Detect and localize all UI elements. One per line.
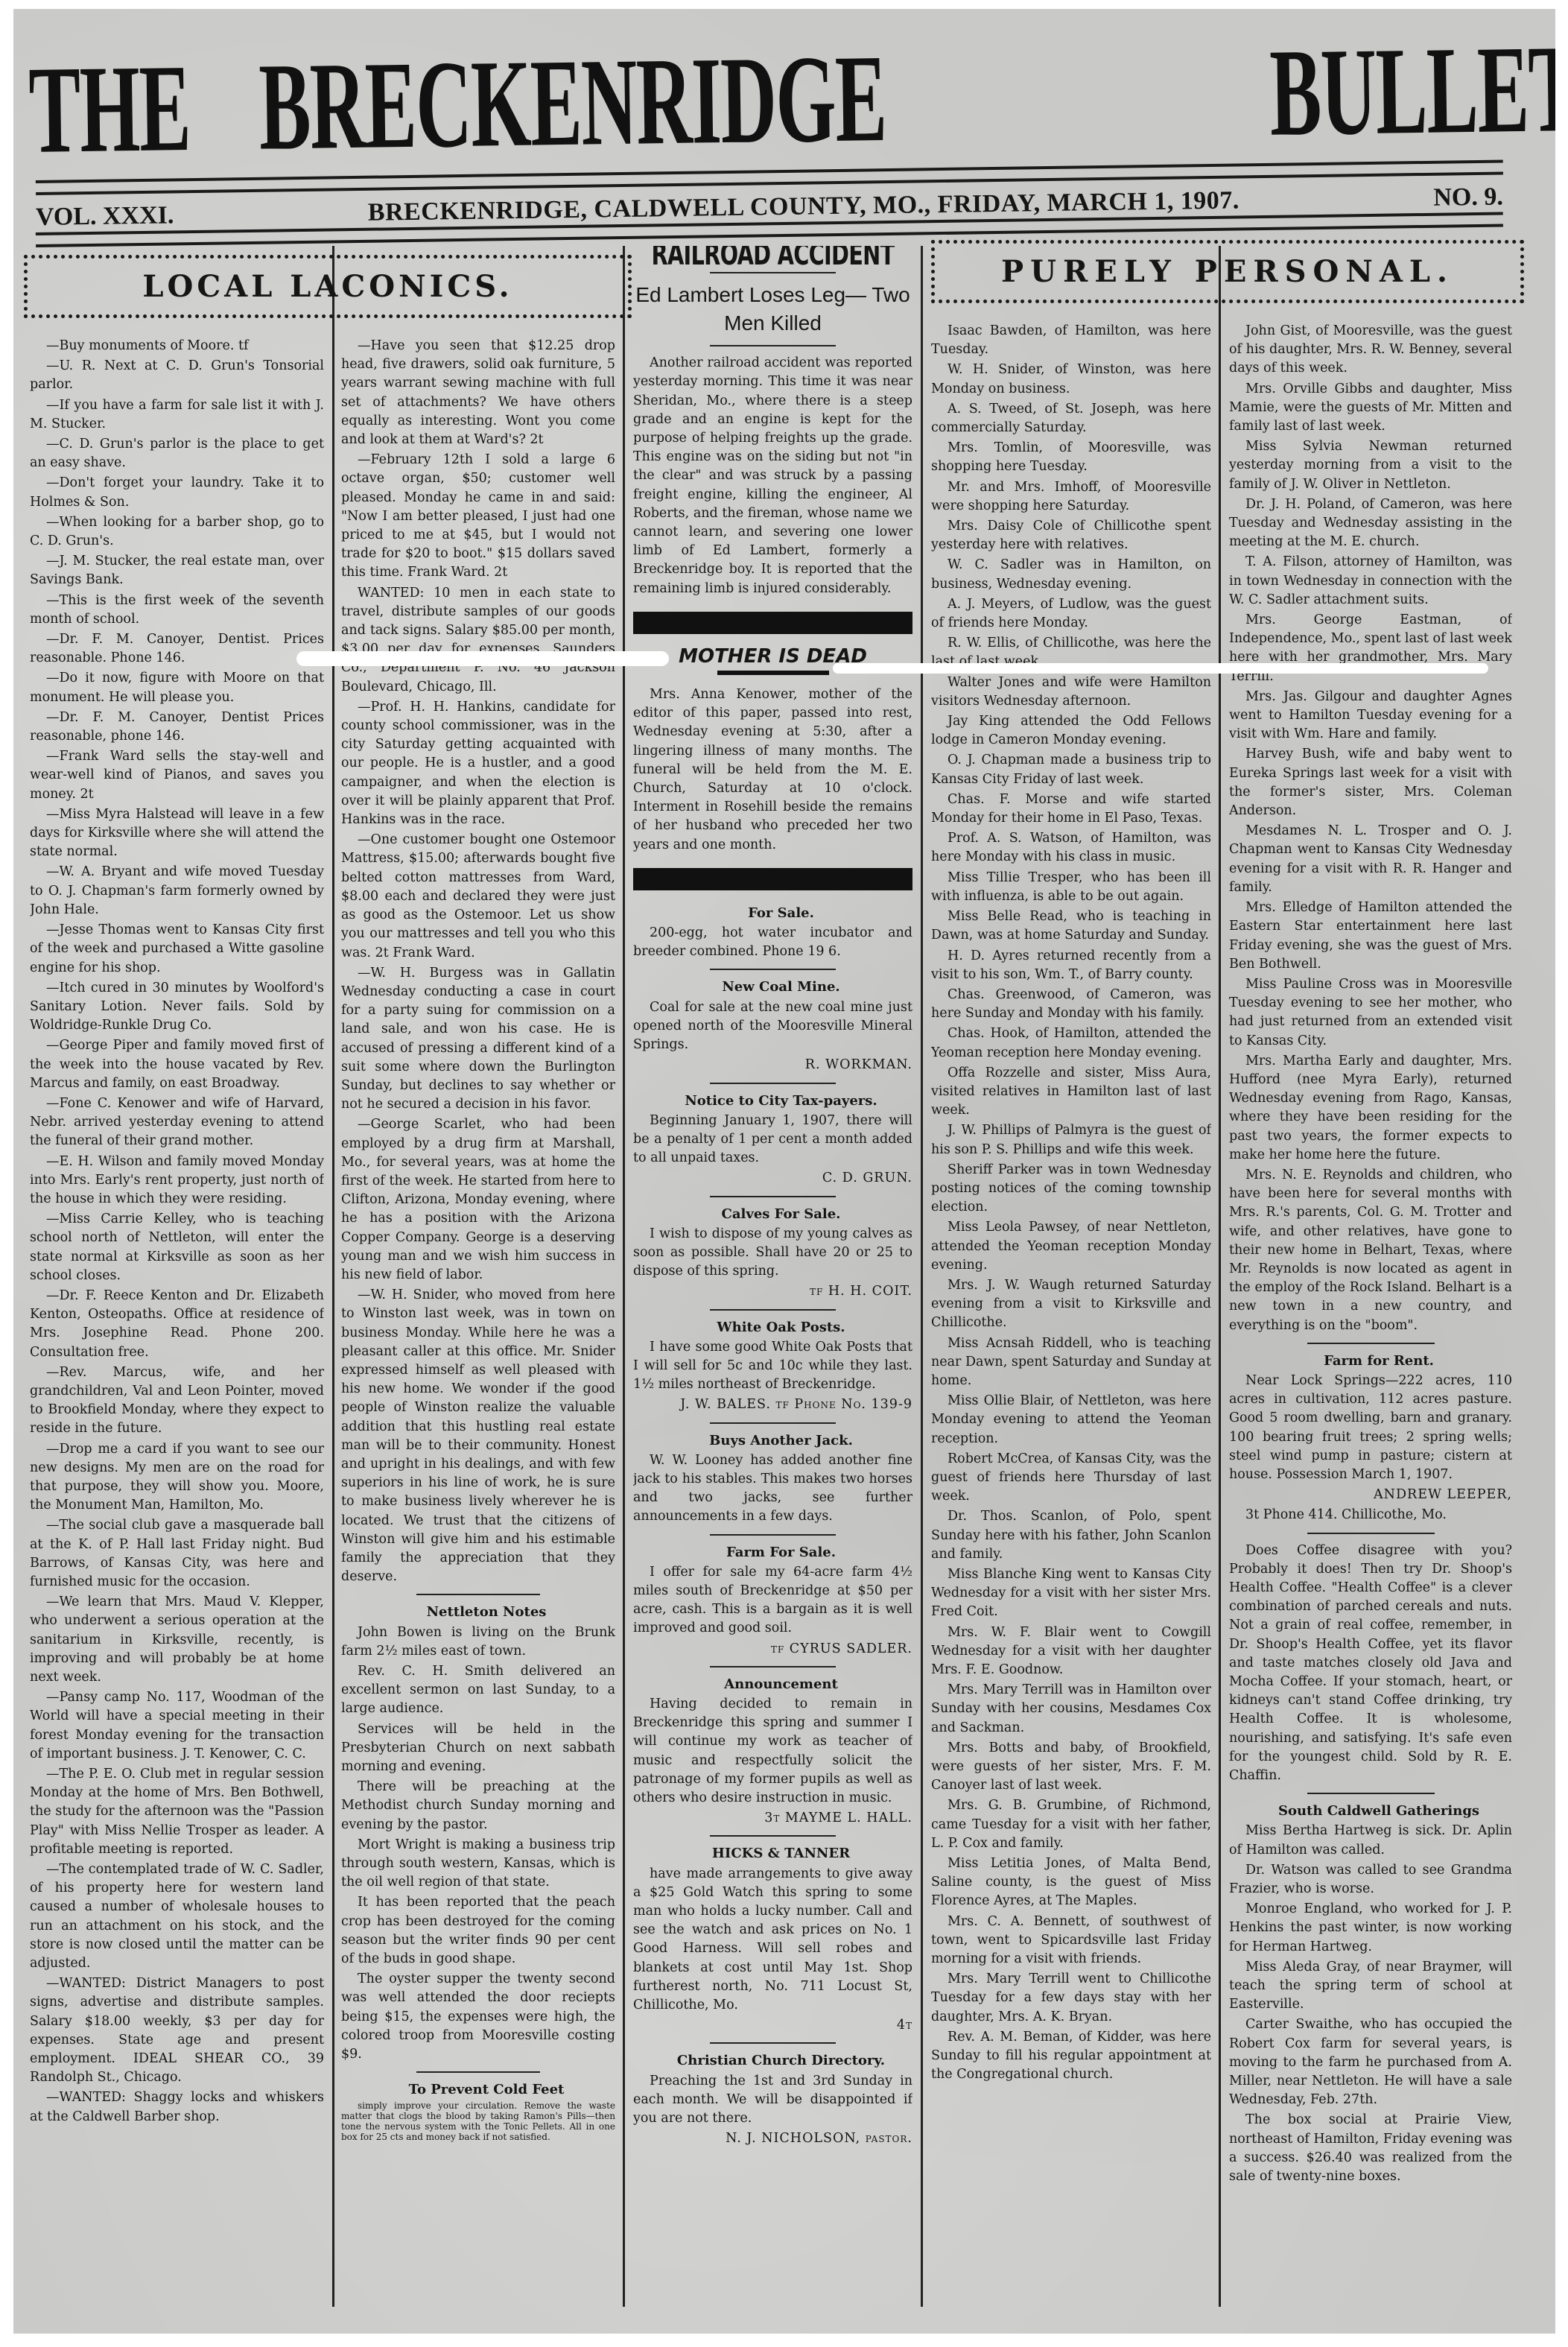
news-item: The oyster supper the twenty second was … (341, 1970, 615, 2064)
mother-is-dead-body: Mrs. Anna Kenower, mother of the editor … (633, 685, 912, 855)
news-item: —U. R. Next at C. D. Grun's Tonsorial pa… (30, 357, 324, 394)
column-divider (921, 246, 923, 2307)
news-item: —Do it now, figure with Moore on that mo… (30, 669, 324, 706)
personal-item: Mrs. C. A. Bennett, of southwest of town… (931, 1913, 1211, 1969)
south-caldwell-heading: South Caldwell Gatherings (1229, 1802, 1512, 1820)
news-item: —Itch cured in 30 minutes by Woolford's … (30, 979, 324, 1036)
personal-item: Robert McCrea, of Kansas City, was the g… (931, 1450, 1211, 1507)
news-item: Carter Swaithe, who has occupied the Rob… (1229, 2015, 1512, 2109)
personal-item: Mrs. Tomlin, of Mooresville, was shoppin… (931, 439, 1211, 476)
personal-item: Sheriff Parker was in town Wednesday pos… (931, 1161, 1211, 1217)
personal-item: Mrs. Mary Terrill was in Hamilton over S… (931, 1681, 1211, 1738)
news-item: —J. M. Stucker, the real estate man, ove… (30, 552, 324, 589)
personal-item: Mrs. J. W. Waugh returned Saturday eveni… (931, 1276, 1211, 1333)
classified-body: W. W. Looney has added another fine jack… (633, 1451, 912, 1527)
classified-heading: Buys Another Jack. (633, 1431, 912, 1450)
classified-heading: New Coal Mine. (633, 978, 912, 996)
purely-personal-column-2: John Gist, of Mooresville, was the guest… (1229, 322, 1512, 2311)
personal-item: Mrs. Jas. Gilgour and daughter Agnes wen… (1229, 688, 1512, 744)
personal-item: Mrs. Martha Early and daughter, Mrs. Huf… (1229, 1052, 1512, 1165)
news-item: —Dr. F. Reece Kenton and Dr. Elizabeth K… (30, 1287, 324, 1362)
personal-item: John Gist, of Mooresville, was the guest… (1229, 322, 1512, 379)
classified-signature: R. WORKMAN. (633, 1056, 912, 1074)
section-rule (416, 2071, 540, 2073)
personal-item: Chas. Hook, of Hamilton, attended the Ye… (931, 1024, 1211, 1062)
paper-tear (296, 651, 669, 666)
classified-heading: Christian Church Directory. (633, 2051, 912, 2070)
news-item: —We learn that Mrs. Maud V. Klepper, who… (30, 1593, 324, 1687)
classified-body: I offer for sale my 64-acre farm 4½ mile… (633, 1563, 912, 1638)
news-item: Miss Aleda Gray, of near Braymer, will t… (1229, 1958, 1512, 2015)
news-item: Miss Bertha Hartweg is sick. Dr. Aplin o… (1229, 1822, 1512, 1859)
classified-signature: J. W. BALES. tf Phone No. 139-9 (633, 1396, 912, 1414)
personal-item: Prof. A. S. Watson, of Hamilton, was her… (931, 829, 1211, 867)
classified-body: have made arrangements to give away a $2… (633, 1865, 912, 2015)
classified-heading: White Oak Posts. (633, 1318, 912, 1337)
news-item: Services will be held in the Presbyteria… (341, 1720, 615, 1777)
local-laconics-column-2: —Have you seen that $12.25 drop head, fi… (341, 337, 615, 2311)
news-item: —Have you seen that $12.25 drop head, fi… (341, 337, 615, 449)
news-item: —Prof. H. H. Hankins, candidate for coun… (341, 698, 615, 829)
personal-item: Miss Blanche King went to Kansas City We… (931, 1565, 1211, 1622)
personal-item: Mrs. G. B. Grumbine, of Richmond, came T… (931, 1796, 1211, 1853)
farm-for-rent-phone: 3t Phone 414. Chillicothe, Mo. (1229, 1506, 1512, 1524)
classified-signature: tf H. H. COIT. (633, 1282, 912, 1301)
section-rule (710, 1666, 836, 1667)
issue-number: NO. 9. (1433, 183, 1503, 212)
personal-item: W. C. Sadler was in Hamilton, on busines… (931, 556, 1211, 593)
classified-signature: 4t (633, 2016, 912, 2035)
news-item: John Bowen is living on the Brunk farm 2… (341, 1624, 615, 1661)
newspaper-page: THE BRECKENRIDGE BULLETIN VOL. XXXI. BRE… (13, 9, 1555, 2334)
news-item: —Jesse Thomas went to Kansas City first … (30, 921, 324, 978)
personal-item: Walter Jones and wife were Hamilton visi… (931, 674, 1211, 711)
personal-item: Miss Tillie Tresper, who has been ill wi… (931, 869, 1211, 906)
personal-item: Mrs. Orville Gibbs and daughter, Miss Ma… (1229, 380, 1512, 437)
personal-item: Mrs. N. E. Reynolds and children, who ha… (1229, 1166, 1512, 1335)
section-rule (710, 1196, 836, 1197)
news-item: —Frank Ward sells the stay-well and wear… (30, 747, 324, 804)
classified-signature: N. J. NICHOLSON, pastor. (633, 2129, 912, 2148)
news-item: —When looking for a barber shop, go to C… (30, 513, 324, 551)
masthead: THE BRECKENRIDGE BULLETIN (28, 9, 1505, 173)
section-rule (710, 345, 836, 346)
personal-item: Mrs. Mary Terrill went to Chillicothe Tu… (931, 1970, 1211, 2027)
personal-item: Mrs. George Eastman, of Independence, Mo… (1229, 611, 1512, 686)
classified-body: I have some good White Oak Posts that I … (633, 1338, 912, 1395)
news-item: —WANTED: Shaggy locks and whiskers at th… (30, 2088, 324, 2126)
personal-item: Mrs. Botts and baby, of Brookfield, were… (931, 1739, 1211, 1796)
masthead-word-the: THE (28, 45, 191, 173)
purely-personal-heading: PURELY PERSONAL. (931, 240, 1524, 303)
news-item: —Dr. F. M. Canoyer, Dentist. Prices reas… (30, 630, 324, 668)
classified-body: Coal for sale at the new coal mine just … (633, 998, 912, 1055)
section-rule (710, 1534, 836, 1536)
railroad-accident-body: Another railroad accident was reported y… (633, 354, 912, 598)
personal-item: Miss Sylvia Newman returned yesterday mo… (1229, 437, 1512, 494)
farm-for-rent-signature: ANDREW LEEPER, (1229, 1486, 1512, 1504)
section-rule (710, 272, 836, 273)
news-item: —George Scarlet, who had been employed b… (341, 1115, 615, 1285)
classified-heading: HICKS & TANNER (633, 1844, 912, 1863)
personal-item: Mrs. W. F. Blair went to Cowgill Wednesd… (931, 1624, 1211, 1680)
personal-item: Offa Rozzelle and sister, Miss Aura, vis… (931, 1064, 1211, 1121)
section-rule (710, 1835, 836, 1837)
black-mourning-bar (633, 868, 912, 890)
news-item: —Pansy camp No. 117, Woodman of the Worl… (30, 1688, 324, 1764)
news-item: —Rev. Marcus, wife, and her grandchildre… (30, 1363, 324, 1439)
railroad-accident-heading: RAILROAD ACCIDENT (651, 246, 895, 265)
section-rule (416, 1594, 540, 1595)
news-item: —The contemplated trade of W. C. Sadler,… (30, 1860, 324, 1973)
paper-tear (833, 663, 1488, 674)
news-item: Rev. C. H. Smith delivered an excellent … (341, 1662, 615, 1719)
personal-item: J. W. Phillips of Palmyra is the guest o… (931, 1121, 1211, 1159)
personal-item: Harvey Bush, wife and baby went to Eurek… (1229, 745, 1512, 820)
personal-item: Mrs. Daisy Cole of Chillicothe spent yes… (931, 517, 1211, 554)
cold-feet-ad-heading: To Prevent Cold Feet (341, 2080, 615, 2099)
news-item: —Don't forget your laundry. Take it to H… (30, 474, 324, 511)
news-item: —The social club gave a masquerade ball … (30, 1516, 324, 1591)
section-rule (1307, 1343, 1435, 1344)
news-item: —WANTED: District Managers to post signs… (30, 1974, 324, 2087)
personal-item: Rev. A. M. Beman, of Kidder, was here Su… (931, 2028, 1211, 2085)
classified-heading: Calves For Sale. (633, 1205, 912, 1223)
news-item: There will be preaching at the Methodist… (341, 1778, 615, 1834)
farm-for-rent-body: Near Lock Springs—222 acres, 110 acres i… (1229, 1372, 1512, 1484)
farm-for-rent-heading: Farm for Rent. (1229, 1352, 1512, 1370)
coffee-ad: Does Coffee disagree with you? Probably … (1229, 1542, 1512, 1786)
news-item: It has been reported that the peach crop… (341, 1893, 615, 1968)
news-item: —W. H. Burgess was in Gallatin Wednesday… (341, 964, 615, 1115)
purely-personal-column-1: Isaac Bawden, of Hamilton, was here Tues… (931, 322, 1211, 2311)
news-item: Monroe England, who worked for J. P. Hen… (1229, 1900, 1512, 1957)
classified-heading: Farm For Sale. (633, 1543, 912, 1562)
nettleton-notes-heading: Nettleton Notes (341, 1603, 615, 1621)
personal-item: Dr. Thos. Scanlon, of Polo, spent Sunday… (931, 1507, 1211, 1564)
classified-body: I wish to dispose of my young calves as … (633, 1225, 912, 1282)
classified-body: Preaching the 1st and 3rd Sunday in each… (633, 2072, 912, 2129)
personal-item: Miss Letitia Jones, of Malta Bend, Salin… (931, 1855, 1211, 1911)
news-item: —Miss Myra Halstead will leave in a few … (30, 805, 324, 862)
black-mourning-bar (633, 612, 912, 634)
news-item: The box social at Prairie View, northeas… (1229, 2111, 1512, 2186)
masthead-word-breckenridge: BRECKENRIDGE (258, 36, 886, 170)
railroad-accident-subheading: Ed Lambert Loses Leg— Two Men Killed (633, 281, 912, 338)
cold-feet-ad-body: simply improve your circulation. Remove … (341, 2100, 615, 2142)
news-item: —W. H. Snider, who moved from here to Wi… (341, 1286, 615, 1586)
personal-item: Miss Ollie Blair, of Nettleton, was here… (931, 1392, 1211, 1448)
news-item: —George Piper and family moved first of … (30, 1036, 324, 1093)
classified-heading: For Sale. (633, 904, 912, 922)
local-laconics-heading: LOCAL LACONICS. (24, 255, 632, 318)
personal-item: A. S. Tweed, of St. Joseph, was here com… (931, 400, 1211, 437)
news-item: —C. D. Grun's parlor is the place to get… (30, 435, 324, 472)
news-item: —February 12th I sold a large 6 octave o… (341, 451, 615, 582)
personal-item: Chas. F. Morse and wife started Monday f… (931, 791, 1211, 828)
personal-item: O. J. Chapman made a business trip to Ka… (931, 751, 1211, 788)
classified-body: Beginning January 1, 1907, there will be… (633, 1112, 912, 1168)
classified-signature: C. D. GRUN. (633, 1169, 912, 1188)
personal-item: Mr. and Mrs. Imhoff, of Mooresville were… (931, 478, 1211, 516)
personal-item: Miss Pauline Cross was in Mooresville Tu… (1229, 975, 1512, 1051)
news-item: —W. A. Bryant and wife moved Tuesday to … (30, 863, 324, 919)
news-item: —One customer bought one Ostemoor Mattre… (341, 831, 615, 962)
masthead-word-bulletin: BULLETIN (1269, 25, 1555, 155)
personal-item: A. J. Meyers, of Ludlow, was the guest o… (931, 595, 1211, 633)
personal-item: T. A. Filson, attorney of Hamilton, was … (1229, 553, 1512, 609)
personal-item: Dr. J. H. Poland, of Cameron, was here T… (1229, 495, 1512, 552)
classified-signature: tf CYRUS SADLER. (633, 1640, 912, 1659)
section-rule (1307, 1533, 1435, 1534)
news-item: WANTED: 10 men in each state to travel, … (341, 584, 615, 697)
classified-signature: 3t MAYME L. HALL. (633, 1809, 912, 1828)
column-divider (623, 246, 625, 2307)
personal-item: Mrs. Elledge of Hamilton attended the Ea… (1229, 899, 1512, 974)
column-divider (1219, 246, 1221, 2307)
center-column: RAILROAD ACCIDENT Ed Lambert Loses Leg— … (633, 246, 912, 2311)
classified-heading: Notice to City Tax-payers. (633, 1092, 912, 1110)
section-rule (710, 1309, 836, 1311)
personal-item: Mesdames N. L. Trosper and O. J. Chapman… (1229, 822, 1512, 897)
section-rule (717, 671, 829, 675)
classified-body: Having decided to remain in Breckenridge… (633, 1695, 912, 1808)
personal-item: Miss Leola Pawsey, of near Nettleton, at… (931, 1218, 1211, 1275)
section-rule (1307, 1793, 1435, 1794)
news-item: —The P. E. O. Club met in regular sessio… (30, 1765, 324, 1859)
news-item: —Buy monuments of Moore. tf (30, 337, 324, 355)
news-item: —This is the first week of the seventh m… (30, 592, 324, 629)
news-item: Dr. Watson was called to see Grandma Fra… (1229, 1861, 1512, 1898)
personal-item: Isaac Bawden, of Hamilton, was here Tues… (931, 322, 1211, 359)
personal-item: H. D. Ayres returned recently from a vis… (931, 947, 1211, 984)
news-item: Mort Wright is making a business trip th… (341, 1836, 615, 1893)
section-rule (710, 1422, 836, 1424)
section-rule (710, 2042, 836, 2044)
personal-item: Miss Acnsah Riddell, who is teaching nea… (931, 1334, 1211, 1391)
classified-heading: Announcement (633, 1675, 912, 1694)
news-item: —Miss Carrie Kelley, who is teaching sch… (30, 1210, 324, 1285)
news-item: —Dr. F. M. Canoyer, Dentist Prices reaso… (30, 709, 324, 746)
personal-item: Chas. Greenwood, of Cameron, was here Su… (931, 986, 1211, 1023)
local-laconics-column-1: —Buy monuments of Moore. tf—U. R. Next a… (30, 337, 324, 2311)
volume-number: VOL. XXXI. (36, 201, 174, 232)
news-item: —If you have a farm for sale list it wit… (30, 396, 324, 434)
news-item: —Drop me a card if you want to see our n… (30, 1440, 324, 1515)
news-item: —E. H. Wilson and family moved Monday in… (30, 1153, 324, 1209)
personal-item: Jay King attended the Odd Fellows lodge … (931, 712, 1211, 750)
news-item: —Fone C. Kenower and wife of Harvard, Ne… (30, 1095, 324, 1151)
section-rule (710, 969, 836, 970)
personal-item: Miss Belle Read, who is teaching in Dawn… (931, 908, 1211, 945)
section-rule (710, 1083, 836, 1084)
classified-body: 200-egg, hot water incubator and breeder… (633, 924, 912, 961)
personal-item: W. H. Snider, of Winston, was here Monda… (931, 361, 1211, 398)
column-divider (332, 246, 334, 2307)
